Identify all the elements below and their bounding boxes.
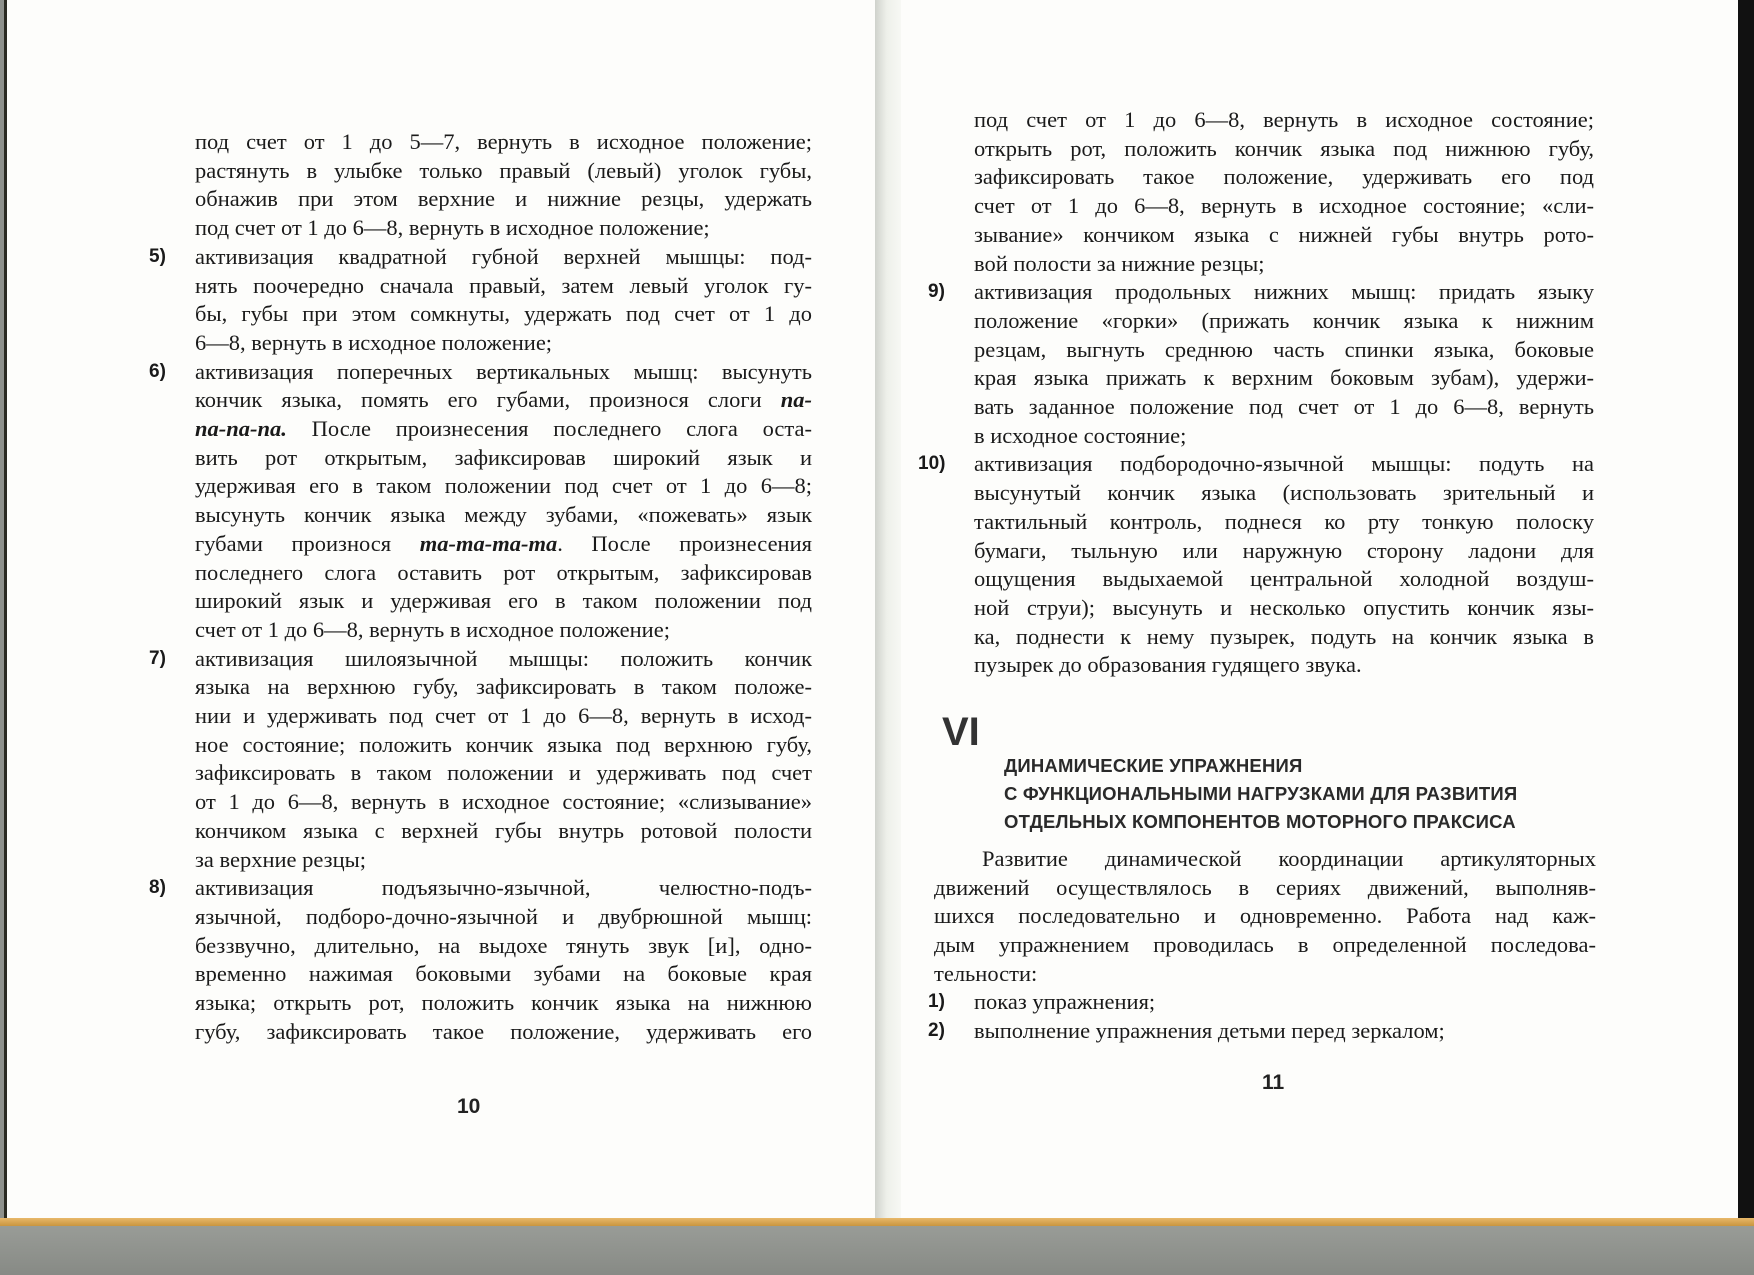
text-line: счет от 1 до 6—8, вернуть в исходное пол… bbox=[195, 616, 812, 645]
item-number: 2) bbox=[928, 1017, 945, 1046]
text-line: активизация подбородочно-язычной мышцы: … bbox=[974, 450, 1594, 479]
text-line: тактильный контроль, поднеся ко рту тонк… bbox=[974, 508, 1594, 537]
left-page-text: под счет от 1 до 5—7, вернуть в исходное… bbox=[195, 128, 812, 1047]
continuation-paragraph: под счет от 1 до 5—7, вернуть в исходное… bbox=[195, 128, 812, 243]
syllables-emphasis: та-та-та-та bbox=[420, 531, 557, 556]
text-line: кончик языка, помять его губами, произно… bbox=[195, 386, 812, 415]
text-line: губу, зафиксировать такое положение, уде… bbox=[195, 1018, 812, 1047]
text-line: зывание» кончиком языка с нижней губы вн… bbox=[974, 221, 1594, 250]
text-line: па-па-па. После произнесения последнего … bbox=[195, 415, 812, 444]
section-intro-paragraph: Развитие динамической координации артику… bbox=[934, 845, 1596, 989]
text-line: ка, поднести к нему пузырек, подуть на к… bbox=[974, 623, 1594, 652]
item-number: 10) bbox=[918, 450, 945, 479]
text-line: бумаги, тыльную или наружную сторону лад… bbox=[974, 537, 1594, 566]
item-number: 6) bbox=[149, 358, 166, 387]
text-line: дым упражнением проводилась в определенн… bbox=[934, 931, 1596, 960]
item-number: 7) bbox=[149, 645, 166, 674]
page-edge bbox=[0, 1218, 1754, 1226]
text-line: под счет от 1 до 6—8, вернуть в исходное… bbox=[195, 214, 812, 243]
text-line: удерживая его в таком положении под счет… bbox=[195, 472, 812, 501]
page-number: 11 bbox=[1262, 1071, 1284, 1095]
scanner-edge bbox=[1738, 0, 1754, 1222]
text-line: положение «горки» (прижать кончик языка … bbox=[974, 307, 1594, 336]
text-line: последнего слога оставить рот открытым, … bbox=[195, 559, 812, 588]
text-line: зафиксировать в таком положении и удержи… bbox=[195, 759, 812, 788]
text-line: языка; открыть рот, положить кончик язык… bbox=[195, 989, 812, 1018]
text-line: губами произнося та-та-та-та. После прои… bbox=[195, 530, 812, 559]
text-line: 6—8, вернуть в исходное положение; bbox=[195, 329, 812, 358]
book-spine bbox=[875, 0, 901, 1222]
page-number: 10 bbox=[457, 1095, 480, 1119]
list-item-2: 2) выполнение упражнения детьми перед зе… bbox=[974, 1017, 1594, 1046]
text-line: шихся последовательно и одновременно. Ра… bbox=[934, 902, 1596, 931]
text-segment: губами произнося bbox=[195, 531, 420, 556]
text-line: выполнение упражнения детьми перед зерка… bbox=[974, 1017, 1594, 1046]
list-item-9: 9) активизация продольных нижних мышц: п… bbox=[974, 278, 1594, 450]
continuation-paragraph: под счет от 1 до 6—8, вернуть в исходное… bbox=[974, 106, 1594, 278]
item-number: 5) bbox=[149, 243, 166, 272]
text-line: активизация подъязычно-язычной, челюстно… bbox=[195, 874, 812, 903]
text-line: движений осуществлялось в сериях движени… bbox=[934, 874, 1596, 903]
text-line: активизация квадратной губной верхней мы… bbox=[195, 243, 812, 272]
text-segment: После произнесения последнего слога оста… bbox=[287, 416, 812, 441]
text-line: счет от 1 до 6—8, вернуть в исходное сос… bbox=[974, 192, 1594, 221]
text-line: бы, губы при этом сомкнуты, удержать под… bbox=[195, 300, 812, 329]
section-step-list: 1) показ упражнения; 2) выполнение упраж… bbox=[974, 988, 1594, 1045]
left-page: под счет от 1 до 5—7, вернуть в исходное… bbox=[4, 0, 879, 1220]
text-line: резцам, выгнуть среднюю часть спинки язы… bbox=[974, 336, 1594, 365]
item-number: 8) bbox=[149, 874, 166, 903]
text-line: в исходное состояние; bbox=[974, 422, 1594, 451]
text-line: открыть рот, положить кончик языка под н… bbox=[974, 135, 1594, 164]
text-line: нять поочередно сначала правый, затем ле… bbox=[195, 272, 812, 301]
list-item-5: 5) активизация квадратной губной верхней… bbox=[195, 243, 812, 358]
text-line: активизация поперечных вертикальных мышц… bbox=[195, 358, 812, 387]
text-line: растянуть в улыбке только правый (левый)… bbox=[195, 157, 812, 186]
text-line: беззвучно, длительно, на выдохе тянуть з… bbox=[195, 932, 812, 961]
list-item-8: 8) активизация подъязычно-язычной, челюс… bbox=[195, 874, 812, 1046]
item-number: 9) bbox=[928, 278, 945, 307]
text-line: от 1 до 6—8, вернуть в исходное состояни… bbox=[195, 788, 812, 817]
text-line: высунуть кончик языка между зубами, «пож… bbox=[195, 501, 812, 530]
list-item-7: 7) активизация шилоязычной мышцы: положи… bbox=[195, 645, 812, 875]
section-title: ДИНАМИЧЕСКИЕ УПРАЖНЕНИЯ С ФУНКЦИОНАЛЬНЫМ… bbox=[1004, 752, 1604, 836]
list-item-6: 6) активизация поперечных вертикальных м… bbox=[195, 358, 812, 645]
text-line: широкий язык и удерживая его в таком пол… bbox=[195, 587, 812, 616]
text-line: вить рот открытым, зафиксировав широкий … bbox=[195, 444, 812, 473]
list-item-10: 10) активизация подбородочно-язычной мыш… bbox=[974, 450, 1594, 680]
text-line: края языка прижать к верхним боковым зуб… bbox=[974, 364, 1594, 393]
text-line: вать заданное положение под счет от 1 до… bbox=[974, 393, 1594, 422]
text-line: ное состояние; положить кончик языка под… bbox=[195, 731, 812, 760]
text-line: вой полости за нижние резцы; bbox=[974, 250, 1594, 279]
text-line: пузырек до образования гудящего звука. bbox=[974, 651, 1594, 680]
syllables-emphasis: па-па-па. bbox=[195, 416, 287, 441]
text-line: за верхние резцы; bbox=[195, 846, 812, 875]
text-line: язычной, подборо-дочно-язычной и двубрюш… bbox=[195, 903, 812, 932]
section-number: VI bbox=[942, 710, 980, 755]
list-item-1: 1) показ упражнения; bbox=[974, 988, 1594, 1017]
text-line: кончиком языка с верхней губы внутрь рот… bbox=[195, 817, 812, 846]
text-line: тельности: bbox=[934, 960, 1596, 989]
text-line: временно нажимая боковыми зубами на боко… bbox=[195, 960, 812, 989]
text-line: ной струи); высунуть и несколько опустит… bbox=[974, 594, 1594, 623]
text-line: Развитие динамической координации артику… bbox=[934, 845, 1596, 874]
scanner-background bbox=[0, 1223, 1754, 1275]
text-line: под счет от 1 до 5—7, вернуть в исходное… bbox=[195, 128, 812, 157]
text-line: языка на верхнюю губу, зафиксировать в т… bbox=[195, 673, 812, 702]
right-page-text: под счет от 1 до 6—8, вернуть в исходное… bbox=[974, 106, 1594, 680]
syllables-emphasis: па- bbox=[781, 387, 812, 412]
item-number: 1) bbox=[928, 988, 945, 1017]
text-line: нии и удерживать под счет от 1 до 6—8, в… bbox=[195, 702, 812, 731]
text-line: обнажив при этом верхние и нижние резцы,… bbox=[195, 185, 812, 214]
text-line: под счет от 1 до 6—8, вернуть в исходное… bbox=[974, 106, 1594, 135]
text-segment: кончик языка, помять его губами, произно… bbox=[195, 387, 762, 412]
text-line: активизация шилоязычной мышцы: положить … bbox=[195, 645, 812, 674]
text-line: зафиксировать такое положение, удерживат… bbox=[974, 163, 1594, 192]
right-page: под счет от 1 до 6—8, вернуть в исходное… bbox=[876, 0, 1738, 1220]
section-title-line: С ФУНКЦИОНАЛЬНЫМИ НАГРУЗКАМИ ДЛЯ РАЗВИТИ… bbox=[1004, 780, 1604, 808]
text-segment: . После произнесения bbox=[557, 531, 812, 556]
text-line: активизация продольных нижних мышц: прид… bbox=[974, 278, 1594, 307]
text-line: показ упражнения; bbox=[974, 988, 1594, 1017]
section-title-line: ДИНАМИЧЕСКИЕ УПРАЖНЕНИЯ bbox=[1004, 752, 1604, 780]
text-line: высунутый кончик языка (использовать зри… bbox=[974, 479, 1594, 508]
section-title-line: ОТДЕЛЬНЫХ КОМПОНЕНТОВ МОТОРНОГО ПРАКСИСА bbox=[1004, 808, 1604, 836]
text-line: ощущения выдыхаемой центральной холодной… bbox=[974, 565, 1594, 594]
